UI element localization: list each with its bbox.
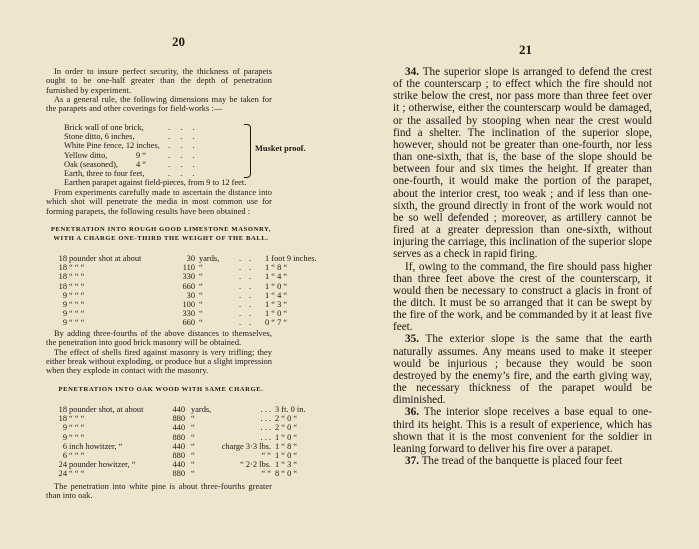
paragraph-37: 37. The tread of the banquette is placed… — [393, 455, 652, 467]
brace-icon — [244, 124, 251, 178]
limestone-heading: PENETRATION INTO ROUGH GOOD LIMESTONE MA… — [46, 225, 276, 243]
right-page: 21 34. The superior slope is arranged to… — [350, 0, 699, 549]
table-row: 18pounder shot, at about440yards,. . .3 … — [53, 405, 335, 414]
left-page: 20 In order to insure perfect security, … — [0, 0, 350, 549]
list-item: Oak (seasoned),4 “. . . — [64, 160, 222, 169]
list-item: White Pine fence, 12 inches,. . . — [64, 141, 222, 150]
list-item: Brick wall of one brick,. . . — [64, 123, 222, 132]
oak-table: 18pounder shot, at about440yards,. . .3 … — [53, 405, 335, 479]
paragraph-35: 35. The exterior slope is the same that … — [393, 333, 652, 406]
table-row: 18pounder shot at about30yards,..1 foot … — [53, 254, 345, 263]
table-row: 6“ “ “880““ “1 “ 0 “ — [53, 451, 335, 460]
list-item: Stone ditto, 6 inches,. . . — [64, 132, 222, 141]
masonry-text: By adding three-fourths of the above dis… — [46, 329, 272, 375]
paragraph: In order to insure perfect security, the… — [46, 67, 272, 95]
oak-heading: PENETRATION INTO OAK WOOD WITH SAME CHAR… — [46, 385, 276, 394]
limestone-table: 18pounder shot at about30yards,..1 foot … — [53, 254, 345, 328]
table-row: 18“ “ “110“..1 “ 8 “ — [53, 263, 345, 272]
table-row: 9“ “ “880“. . .1 “ 0 “ — [53, 433, 335, 442]
table-row: 18“ “ “660“..1 “ 0 “ — [53, 282, 345, 291]
paragraph-34: 34. The superior slope is arranged to de… — [393, 66, 652, 261]
experiments-text: From experiments carefully made to ascer… — [46, 188, 272, 216]
list-item: Yellow ditto,9 “. . . — [64, 151, 222, 160]
table-row: 18“ “ “880“. . .2 “ 0 “ — [53, 414, 335, 423]
table-row: 18“ “ “330“..1 “ 4 “ — [53, 272, 345, 281]
intro-text: In order to insure perfect security, the… — [46, 67, 272, 113]
page-number: 21 — [519, 42, 532, 58]
list-item: Earthen parapet against field-pieces, fr… — [64, 178, 246, 187]
page-number: 20 — [172, 34, 185, 50]
table-row: 9“ “ “660“..0 “ 7 “ — [53, 318, 345, 327]
table-row: 24“ “ “880““ “8 “ 0 “ — [53, 469, 335, 478]
pine-text: The penetration into white pine is about… — [46, 482, 272, 501]
coverings-list: Brick wall of one brick,. . . Stone ditt… — [64, 123, 222, 178]
brace-label: Musket proof. — [255, 144, 306, 153]
paragraph-glacis: If, owing to the command, the fire shoul… — [393, 261, 652, 334]
list-item: Earth, three to four feet,. . . — [64, 169, 222, 178]
table-row: 9“ “ “100“..1 “ 3 “ — [53, 300, 345, 309]
body-text: 34. The superior slope is arranged to de… — [393, 66, 652, 467]
table-row: 9“ “ “330“..1 “ 0 “ — [53, 309, 345, 318]
table-row: 9“ “ “30“..1 “ 4 “ — [53, 291, 345, 300]
paragraph: As a general rule, the following dimensi… — [46, 95, 272, 114]
table-row: 6inch howitzer, “440“charge 3·3 lbs.1 “ … — [53, 442, 335, 451]
paragraph-36: 36. The interior slope receives a base e… — [393, 406, 652, 455]
table-row: 24pounder howitzer, “440““ 2·2 lbs.1 “ 3… — [53, 460, 335, 469]
table-row: 9“ “ “440“. . .2 “ 0 “ — [53, 423, 335, 432]
